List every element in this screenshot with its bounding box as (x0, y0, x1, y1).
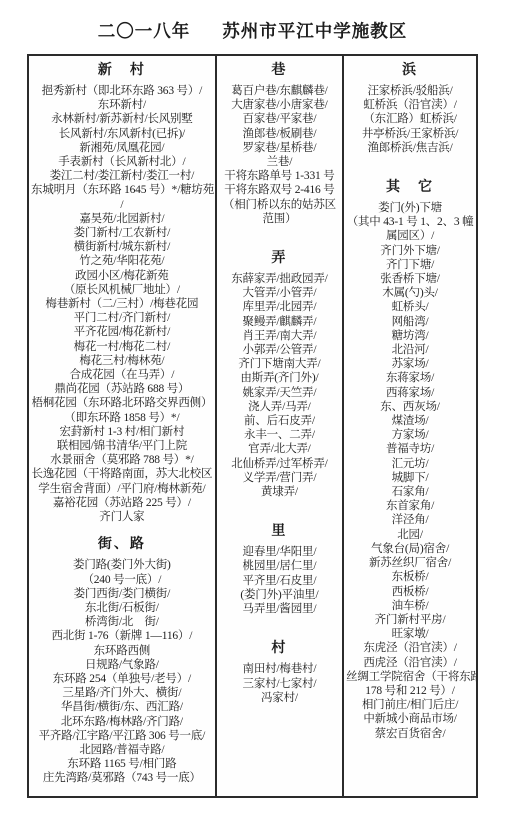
district-line-qita: 北沿河/ (346, 343, 474, 357)
column-xincun-jielu: 新 村挹秀新村（即北环东路 363 号）/东环新村/永林新村/新苏新村/长风别墅… (29, 56, 217, 796)
district-line-jielu: 平齐路/江宇路/平江路 306 号一底/ (31, 729, 213, 743)
section-header-xiang: 巷 (219, 62, 340, 80)
district-line-long: 小郭弄/公管弄/ (219, 343, 340, 357)
district-line-qita: 齐门新村平房/ (346, 613, 474, 627)
district-line-long: 由斯弄(齐门外)/ (219, 371, 340, 385)
district-line-xincun: （原长风机械厂地址）/ (31, 283, 213, 297)
district-line-bang: 井亭桥浜/王家桥浜/ (346, 127, 474, 141)
title-school-district: 苏州市平江中学施教区 (222, 21, 407, 41)
district-line-long: 北仙桥弄/过军桥弄/ (219, 457, 340, 471)
district-line-cun: 三家村/七家村/ (219, 677, 340, 691)
district-line-long: 大管弄/小管弄/ (219, 286, 340, 300)
district-line-long: 肖王弄/南大弄/ (219, 329, 340, 343)
district-line-qita: 洋泾角/ (346, 513, 474, 527)
district-line-xincun: 永林新村/新苏新村/长风别墅 (31, 112, 213, 126)
district-line-xincun: 合成花园（在马弄）/ (31, 368, 213, 382)
section-header-xincun: 新 村 (31, 62, 213, 80)
district-line-xincun: 梧桐花园（东环路北环路交界西侧） (31, 396, 213, 410)
district-line-qita: 煤渣场/ (346, 414, 474, 428)
district-line-qita: 齐门外下塘/ (346, 244, 474, 258)
district-line-qita: 丝绸工学院宿舍（干将东路 (346, 670, 474, 684)
district-line-xiang: 罗家巷/星桥巷/ (219, 141, 340, 155)
district-line-qita: 苏家场/ (346, 357, 474, 371)
district-line-xiang: 干将东路单号 1-331 号 (219, 169, 340, 183)
district-line-long: 库里弄/北园弄/ (219, 300, 340, 314)
district-line-qita: 蔡宏百货宿舍/ (346, 727, 474, 741)
district-line-xincun: 横街新村/城东新村/ (31, 240, 213, 254)
title-year: 二〇一八年 (98, 21, 191, 41)
district-line-jielu: 日规路/气象路/ (31, 658, 213, 672)
district-line-long: 黄埭弄/ (219, 485, 340, 499)
district-line-qita: 北园/ (346, 528, 474, 542)
district-line-xincun: 宏葑新村 1-3 村/相门新村 (31, 425, 213, 439)
district-line-xiang: 范围） (219, 212, 340, 226)
district-line-xincun: 新湘苑/凤凰花园/ (31, 141, 213, 155)
section-header-li: 里 (219, 523, 340, 541)
district-line-qita: 东首家角/ (346, 499, 474, 513)
column-xiang-long-li-cun: 巷葛百户巷/东麒麟巷/大唐家巷/小唐家巷/百家巷/平家巷/渔郎巷/板刷巷/罗家巷… (217, 56, 344, 796)
district-line-xincun: 手表新村（长风新村北）/ (31, 155, 213, 169)
district-line-qita: 虹桥头/ (346, 300, 474, 314)
district-line-bang: 渔郎桥浜/焦吉浜/ (346, 141, 474, 155)
district-line-qita: 气象台(局)宿舍/ (346, 542, 474, 556)
district-line-qita: 糖坊湾/ (346, 329, 474, 343)
district-line-xiang: 葛百户巷/东麒麟巷/ (219, 84, 340, 98)
district-line-xincun: 水景丽舍（莫邪路 788 号）*/ (31, 453, 213, 467)
district-line-li: 马弄里/酱园里/ (219, 602, 340, 616)
district-line-xiang: 百家巷/平家巷/ (219, 112, 340, 126)
district-line-xincun: 挹秀新村（即北环东路 363 号）/ (31, 84, 213, 98)
district-line-qita: 东板桥/ (346, 570, 474, 584)
district-line-xiang: 大唐家巷/小唐家巷/ (219, 98, 340, 112)
district-line-jielu: 娄门西街/娄门横街/ (31, 587, 213, 601)
district-line-long: 姚家弄/天竺弄/ (219, 386, 340, 400)
district-line-xincun: 梅巷新村（二/三村）/梅巷花园 (31, 297, 213, 311)
district-line-qita: 张香桥下塘/ (346, 272, 474, 286)
district-line-qita: 西虎泾（沿官渎）/ (346, 656, 474, 670)
district-line-qita: 石家角/ (346, 485, 474, 499)
district-line-qita: 城脚下/ (346, 471, 474, 485)
district-line-xiang: 渔郎巷/板刷巷/ (219, 127, 340, 141)
district-line-long: 官弄/北大弄/ (219, 442, 340, 456)
district-line-qita: 木属(勺)头/ (346, 286, 474, 300)
district-line-qita: 西蒋家场/ (346, 386, 474, 400)
district-line-xincun: 梅花三村/梅林苑/ (31, 354, 213, 368)
district-line-li: 迎春里/华阳里/ (219, 545, 340, 559)
district-line-li: 桃园里/居仁里/ (219, 559, 340, 573)
section-header-qita: 其 它 (346, 179, 474, 197)
district-line-li: (娄门外)平油里/ (219, 588, 340, 602)
district-line-xincun: 竹之苑/华阳花苑/ (31, 254, 213, 268)
district-line-jielu: （240 号一底）/ (31, 573, 213, 587)
section-header-cun: 村 (219, 640, 340, 658)
district-line-long: 齐门下塘南大弄/ (219, 357, 340, 371)
page-title: 二〇一八年苏州市平江中学施教区 (27, 18, 478, 43)
district-line-xincun: 娄门新村/工农新村/ (31, 226, 213, 240)
district-line-qita: 西板桥/ (346, 585, 474, 599)
district-line-xincun: 嘉裕花园（苏站路 225 号）/ (31, 496, 213, 510)
district-line-xincun: 东环新村/ (31, 98, 213, 112)
district-line-qita: 相门前庄/相门后庄/ (346, 698, 474, 712)
district-line-jielu: 西北街 1-76（新牌 1—116）/ (31, 629, 213, 643)
district-line-long: 义学弄/营门弄/ (219, 471, 340, 485)
district-line-xiang: 兰巷/ (219, 155, 340, 169)
district-line-li: 平齐里/石皮里/ (219, 574, 340, 588)
district-line-xincun: 娄江二村/娄江新村/娄江一村/ (31, 169, 213, 183)
district-line-xincun: 平齐花园/梅花新村/ (31, 325, 213, 339)
district-line-xincun: 平门二村/齐门新村/ (31, 311, 213, 325)
district-line-qita: 方家场/ (346, 428, 474, 442)
district-line-qita: 网船湾/ (346, 315, 474, 329)
district-line-jielu: 东环路 254（单独号/老号）/ (31, 672, 213, 686)
district-line-bang: （东汇路）虹桥浜/ (346, 112, 474, 126)
district-line-qita: 属园区）/ (346, 229, 474, 243)
section-header-jielu: 街、路 (31, 536, 213, 554)
district-line-xincun: 学生宿舍背面）/平门府/梅林新苑/ (31, 482, 213, 496)
district-line-xincun: 东城明月（东环路 1645 号）*/糖坊苑 (31, 183, 213, 197)
district-line-qita: 齐门下塘/ (346, 258, 474, 272)
district-line-xincun: 鼎尚花园（苏站路 688 号） (31, 382, 213, 396)
district-line-jielu: 东环路西侧 (31, 644, 213, 658)
district-line-long: 前、后石皮弄/ (219, 414, 340, 428)
district-line-long: 聚鳗弄/麒麟弄/ (219, 315, 340, 329)
district-line-xiang: （相门桥以东的姑苏区 (219, 198, 340, 212)
district-line-qita: 旺家墩/ (346, 627, 474, 641)
district-line-long: 浇人弄/马弄/ (219, 400, 340, 414)
district-line-qita: 中新城小商品市场/ (346, 712, 474, 726)
district-line-jielu: 北园路/普福寺路/ (31, 743, 213, 757)
district-line-jielu: 华昌街/横街/东、西汇路/ (31, 700, 213, 714)
district-line-jielu: 北环东路/梅林路/齐门路/ (31, 715, 213, 729)
district-line-qita: 娄门(外)下塘 (346, 201, 474, 215)
district-line-xincun: 长逸花园（干将路南面，苏大北校区 (31, 467, 213, 481)
district-line-xincun: 政园小区/梅花新苑 (31, 269, 213, 283)
district-line-qita: 东蒋家场/ (346, 371, 474, 385)
district-line-xincun: （即东环路 1858 号）*/ (31, 411, 213, 425)
district-line-bang: 汪家桥浜/驳船浜/ (346, 84, 474, 98)
district-line-qita: 东、西灰场/ (346, 400, 474, 414)
district-line-xincun: / (31, 198, 213, 212)
district-line-xincun: 长风新村/东风新村(已拆)/ (31, 127, 213, 141)
district-line-qita: 油车桥/ (346, 599, 474, 613)
district-line-xincun: 梅花一村/梅花二村/ (31, 340, 213, 354)
district-line-qita: 新苏丝织厂宿舍/ (346, 556, 474, 570)
district-line-jielu: 桥湾街/北 街/ (31, 615, 213, 629)
column-bang-qita: 浜汪家桥浜/驳船浜/虹桥浜（沿官渎）/（东汇路）虹桥浜/井亭桥浜/王家桥浜/渔郎… (344, 56, 476, 796)
district-line-jielu: 东北街/石板街/ (31, 601, 213, 615)
district-line-xincun: 嘉昊苑/北园新村/ (31, 212, 213, 226)
district-line-long: 永丰一、二弄/ (219, 428, 340, 442)
district-line-xincun: 齐门人家 (31, 510, 213, 524)
section-header-long: 弄 (219, 250, 340, 268)
document-page: 二〇一八年苏州市平江中学施教区 新 村挹秀新村（即北环东路 363 号）/东环新… (0, 0, 505, 827)
district-line-cun: 冯家村/ (219, 691, 340, 705)
district-line-bang: 虹桥浜（沿官渎）/ (346, 98, 474, 112)
district-line-xincun: 联相园/锦书清华/平门上院 (31, 439, 213, 453)
district-line-jielu: 庄先湾路/莫邪路（743 号一底） (31, 771, 213, 785)
district-line-xiang: 干将东路双号 2-416 号 (219, 183, 340, 197)
district-line-jielu: 娄门路(娄门外大街) (31, 558, 213, 572)
district-line-jielu: 东环路 1165 号/相门路 (31, 757, 213, 771)
district-line-qita: 东虎泾（沿官渎）/ (346, 641, 474, 655)
district-line-qita: 汇元坊/ (346, 457, 474, 471)
section-header-bang: 浜 (346, 62, 474, 80)
district-line-qita: 普福寺坊/ (346, 442, 474, 456)
district-line-cun: 南田村/梅巷村/ (219, 662, 340, 676)
district-line-long: 东薛家弄/拙政园弄/ (219, 272, 340, 286)
district-line-qita: （其中 43-1 号 1、2、3 幢 (346, 215, 474, 229)
district-line-jielu: 三星路/齐门外大、横街/ (31, 686, 213, 700)
district-line-qita: 178 号和 212 号）/ (346, 684, 474, 698)
district-table: 新 村挹秀新村（即北环东路 363 号）/东环新村/永林新村/新苏新村/长风别墅… (27, 54, 478, 798)
